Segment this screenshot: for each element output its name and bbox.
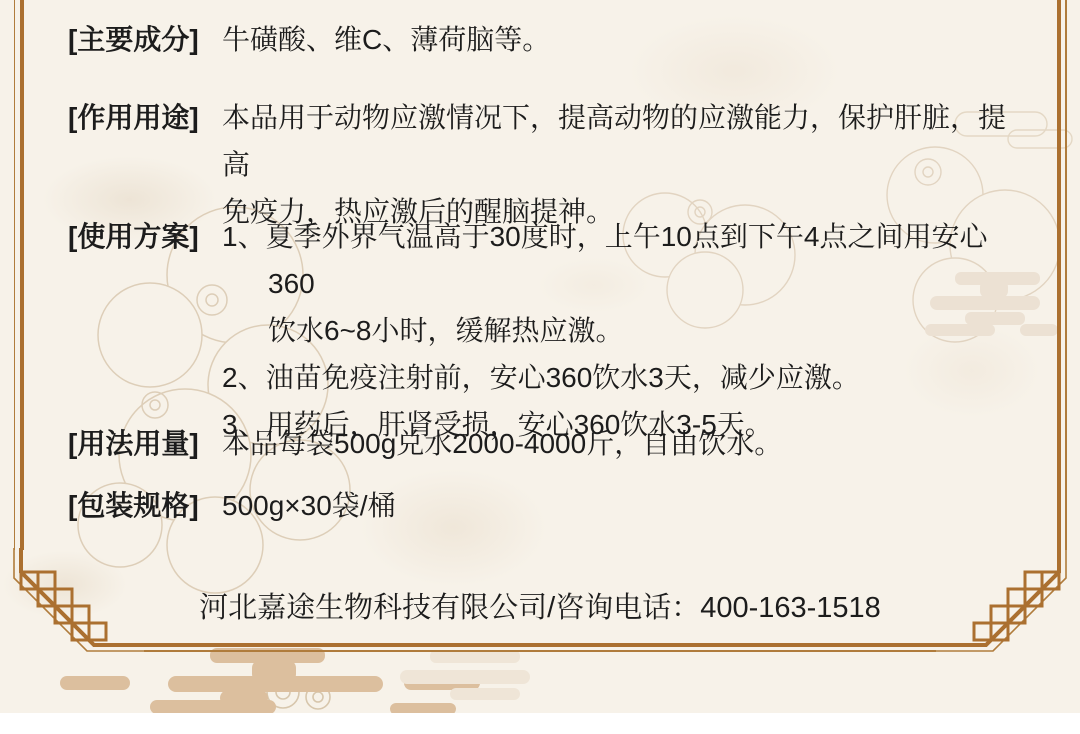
frame-left-thick-line: [20, 0, 24, 550]
frame-bottom-thin-line: [144, 650, 936, 652]
section-usage-plan: [使用方案] 1、夏季外界气温高于30度时，上午10点到下午4点之间用安心360…: [68, 213, 1028, 448]
section-dosage: [用法用量] 本品每袋500g兑水2000-4000斤，自由饮水。: [68, 420, 1028, 467]
section-main-ingredients: [主要成分] 牛磺酸、维C、薄荷脑等。: [68, 16, 1028, 63]
faint-dash-cloud-bottom-mid: [400, 650, 530, 700]
frame-right-thick-line: [1057, 0, 1061, 550]
product-label-page: [主要成分] 牛磺酸、维C、薄荷脑等。 [作用用途] 本品用于动物应激情况下，提…: [0, 0, 1080, 734]
section-text-main-ingredients: 牛磺酸、维C、薄荷脑等。: [222, 16, 1028, 63]
text-line: 500g×30袋/桶: [222, 490, 396, 521]
frame-left-thin-line: [14, 0, 16, 550]
section-header-usage-plan: [使用方案]: [68, 213, 222, 448]
item-number: 2、: [222, 362, 266, 393]
section-text-usage-plan: 1、夏季外界气温高于30度时，上午10点到下午4点之间用安心360 饮水6~8小…: [222, 213, 1028, 448]
section-package-spec: [包装规格] 500g×30袋/桶: [68, 482, 1028, 529]
section-header-dosage: [用法用量]: [68, 420, 222, 467]
frame-right-thin-line: [1065, 0, 1067, 550]
frame-bottom-thick-line: [144, 643, 936, 647]
text-line: 油苗免疫注射前，安心360饮水3天，减少应激。: [266, 362, 860, 393]
item-number: 1、: [222, 221, 266, 252]
section-header-main-ingredients: [主要成分]: [68, 16, 222, 63]
usage-plan-item-1: 1、夏季外界气温高于30度时，上午10点到下午4点之间用安心360 饮水6~8小…: [222, 213, 1028, 354]
company-contact-line: 河北嘉途生物科技有限公司/咨询电话：400-163-1518: [0, 588, 1080, 628]
text-line: 牛磺酸、维C、薄荷脑等。: [222, 24, 550, 55]
section-text-dosage: 本品每袋500g兑水2000-4000斤，自由饮水。: [222, 420, 1028, 467]
section-text-package-spec: 500g×30袋/桶: [222, 482, 1028, 529]
usage-plan-item-2: 2、油苗免疫注射前，安心360饮水3天，减少应激。: [222, 354, 1028, 401]
section-header-package-spec: [包装规格]: [68, 482, 222, 529]
text-line: 本品每袋500g兑水2000-4000斤，自由饮水。: [222, 428, 782, 459]
text-line: 本品用于动物应激情况下，提高动物的应激能力，保护肝脏，提高: [222, 102, 1006, 180]
text-line: 夏季外界气温高于30度时，上午10点到下午4点之间用安心360: [266, 221, 988, 299]
text-line: 饮水6~8小时，缓解热应激。: [268, 315, 624, 346]
